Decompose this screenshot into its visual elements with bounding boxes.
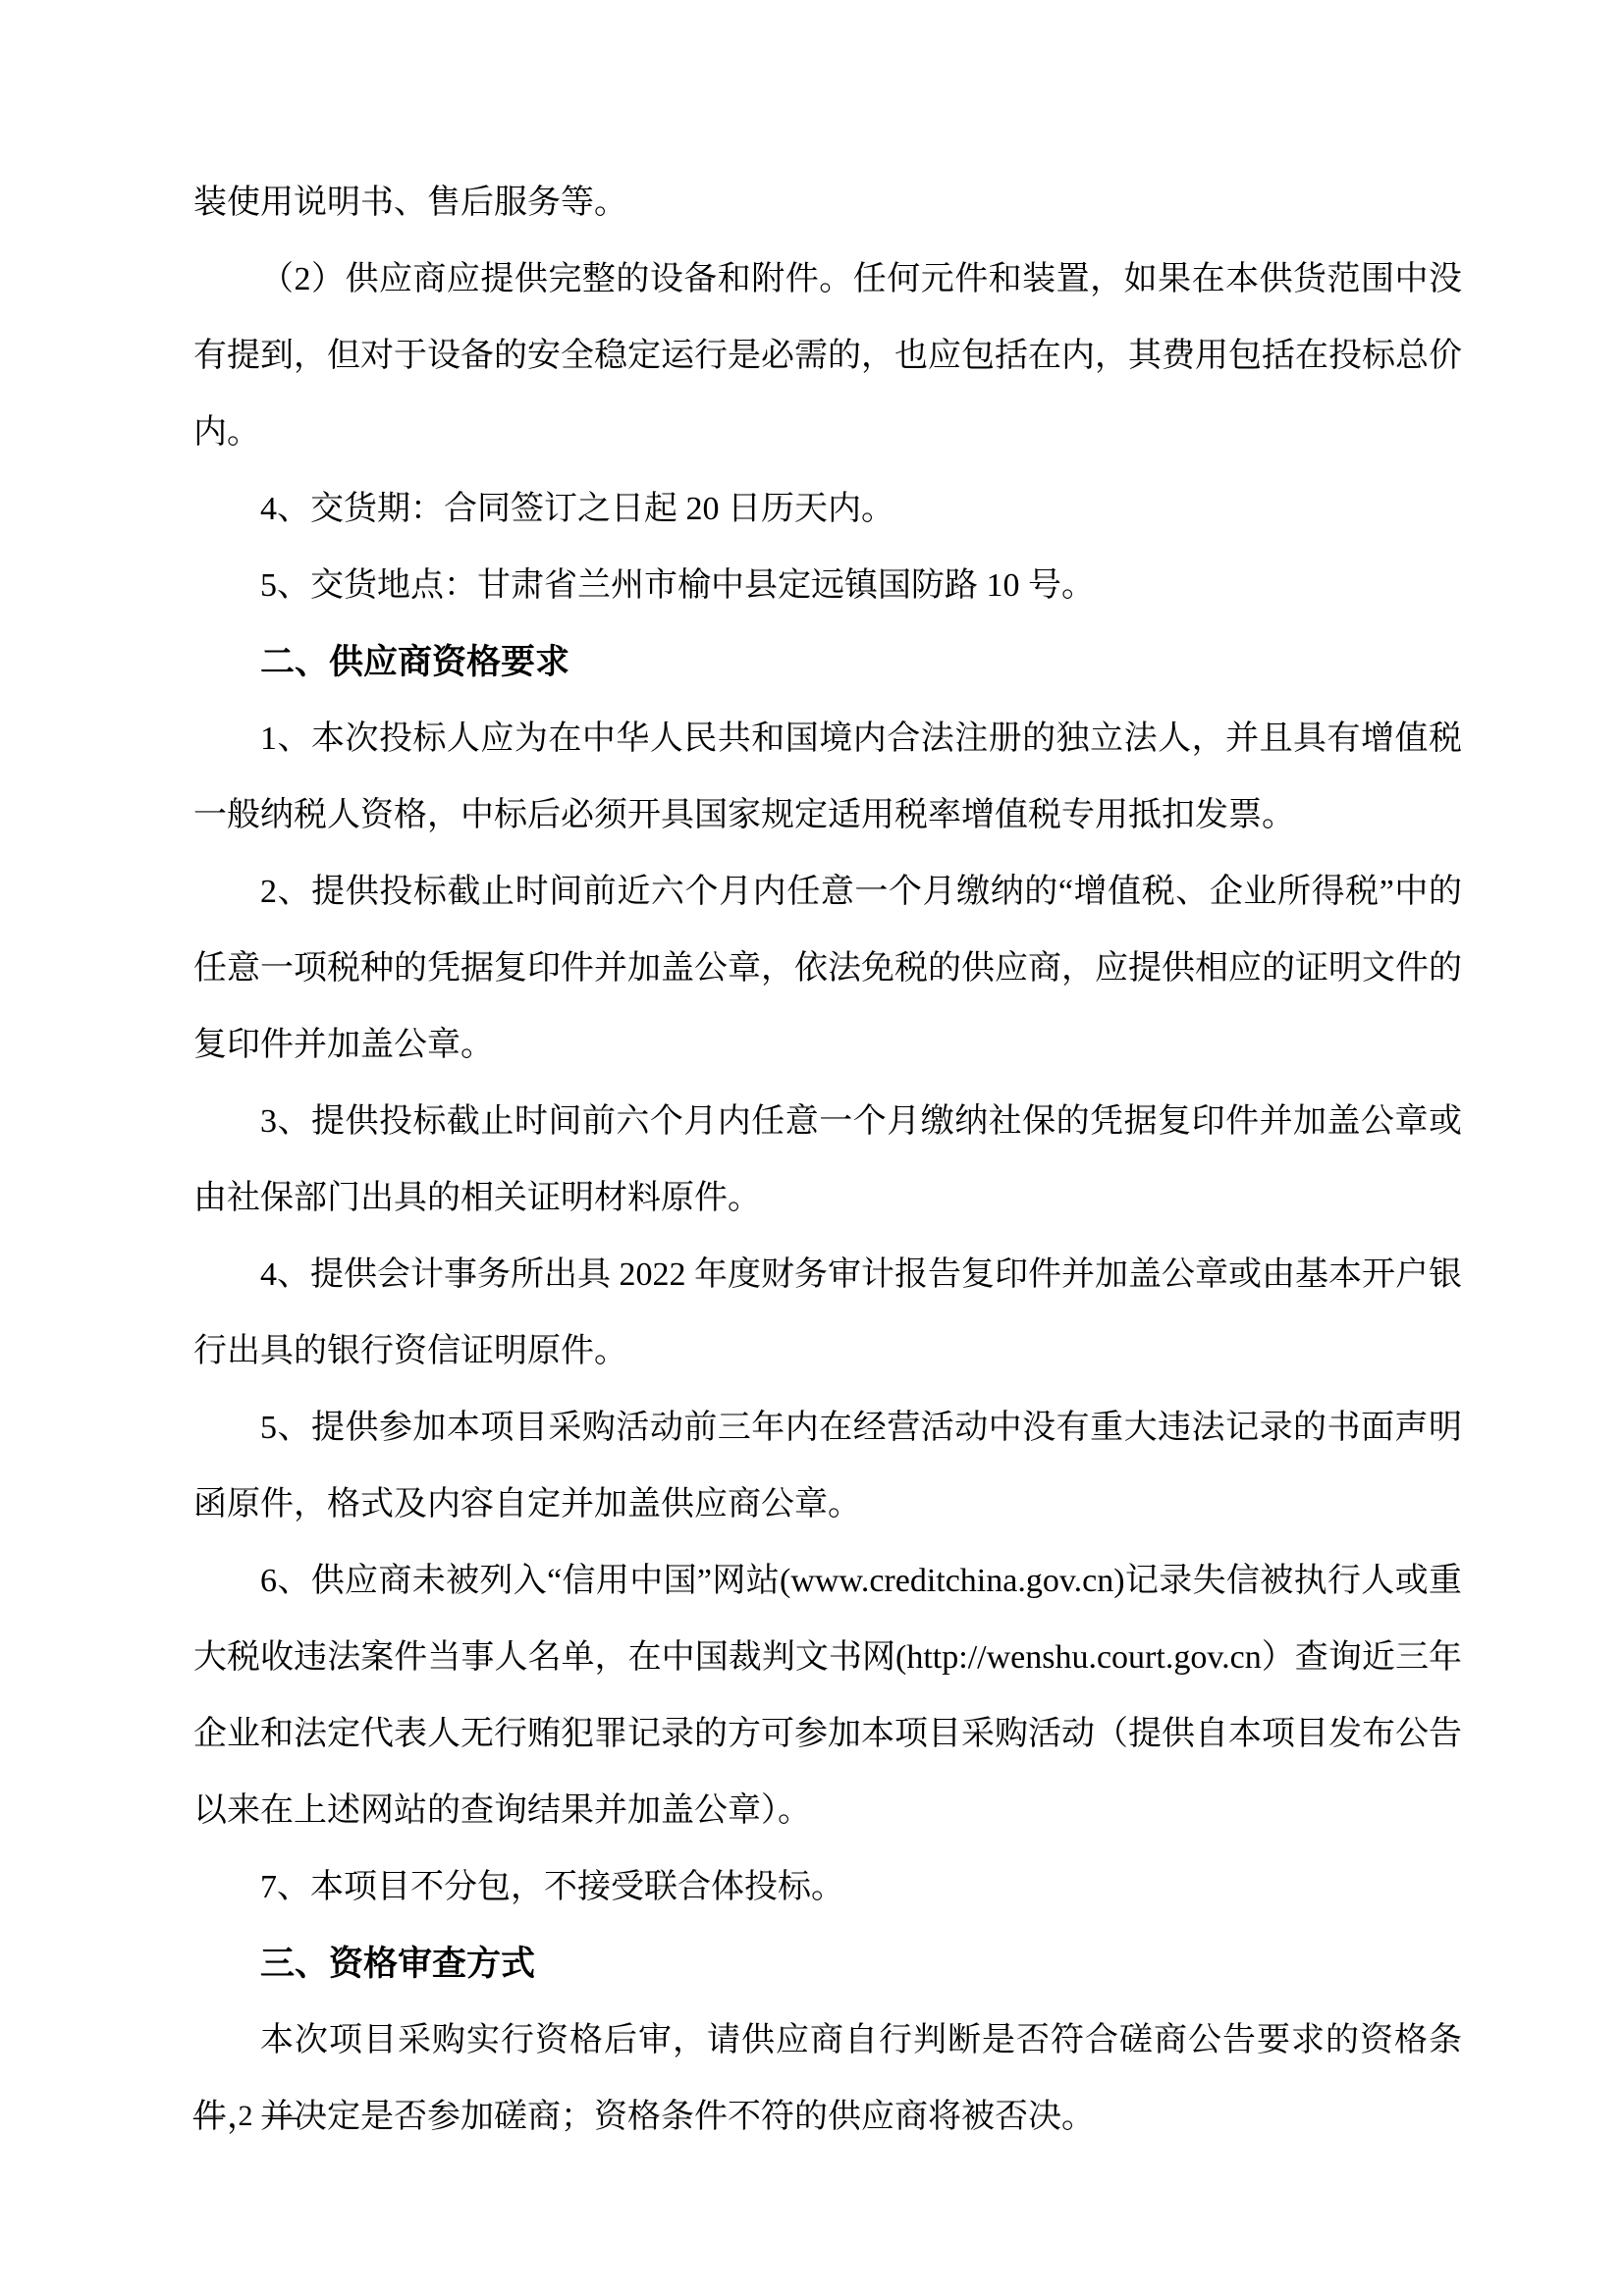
heading-qualification-review: 三、资格审查方式 xyxy=(193,1926,1462,2002)
heading-supplier-qualifications: 二、供应商资格要求 xyxy=(193,624,1462,701)
paragraph-qualification-1: 1、本次投标人应为在中华人民共和国境内合法注册的独立法人，并且具有增值税一般纳税… xyxy=(193,701,1462,854)
page-number: — 2 — xyxy=(193,2101,301,2132)
paragraph-supply-item-2: （2）供应商应提供完整的设备和附件。任何元件和装置，如果在本供货范围中没有提到，… xyxy=(193,241,1462,471)
paragraph-qualification-5: 5、提供参加本项目采购活动前三年内在经营活动中没有重大违法记录的书面声明函原件，… xyxy=(193,1390,1462,1543)
paragraph-qualification-4: 4、提供会计事务所出具 2022 年度财务审计报告复印件并加盖公章或由基本开户银… xyxy=(193,1237,1462,1390)
paragraph-continuation: 装使用说明书、售后服务等。 xyxy=(193,165,1462,241)
paragraph-qualification-2: 2、提供投标截止时间前近六个月内任意一个月缴纳的“增值税、企业所得税”中的任意一… xyxy=(193,854,1462,1084)
paragraph-delivery-place: 5、交货地点：甘肃省兰州市榆中县定远镇国防路 10 号。 xyxy=(193,548,1462,624)
paragraph-qualification-3: 3、提供投标截止时间前六个月内任意一个月缴纳社保的凭据复印件并加盖公章或由社保部… xyxy=(193,1084,1462,1237)
paragraph-qualification-6: 6、供应商未被列入“信用中国”网站(www.creditchina.gov.cn… xyxy=(193,1543,1462,1849)
paragraph-delivery-time: 4、交货期：合同签订之日起 20 日历天内。 xyxy=(193,471,1462,548)
paragraph-qualification-7: 7、本项目不分包，不接受联合体投标。 xyxy=(193,1849,1462,1926)
paragraph-review-method: 本次项目采购实行资格后审，请供应商自行判断是否符合磋商公告要求的资格条件，并决定… xyxy=(193,2002,1462,2156)
document-body: 装使用说明书、售后服务等。 （2）供应商应提供完整的设备和附件。任何元件和装置，… xyxy=(193,165,1462,2156)
document-page: 装使用说明书、售后服务等。 （2）供应商应提供完整的设备和附件。任何元件和装置，… xyxy=(0,0,1624,2296)
